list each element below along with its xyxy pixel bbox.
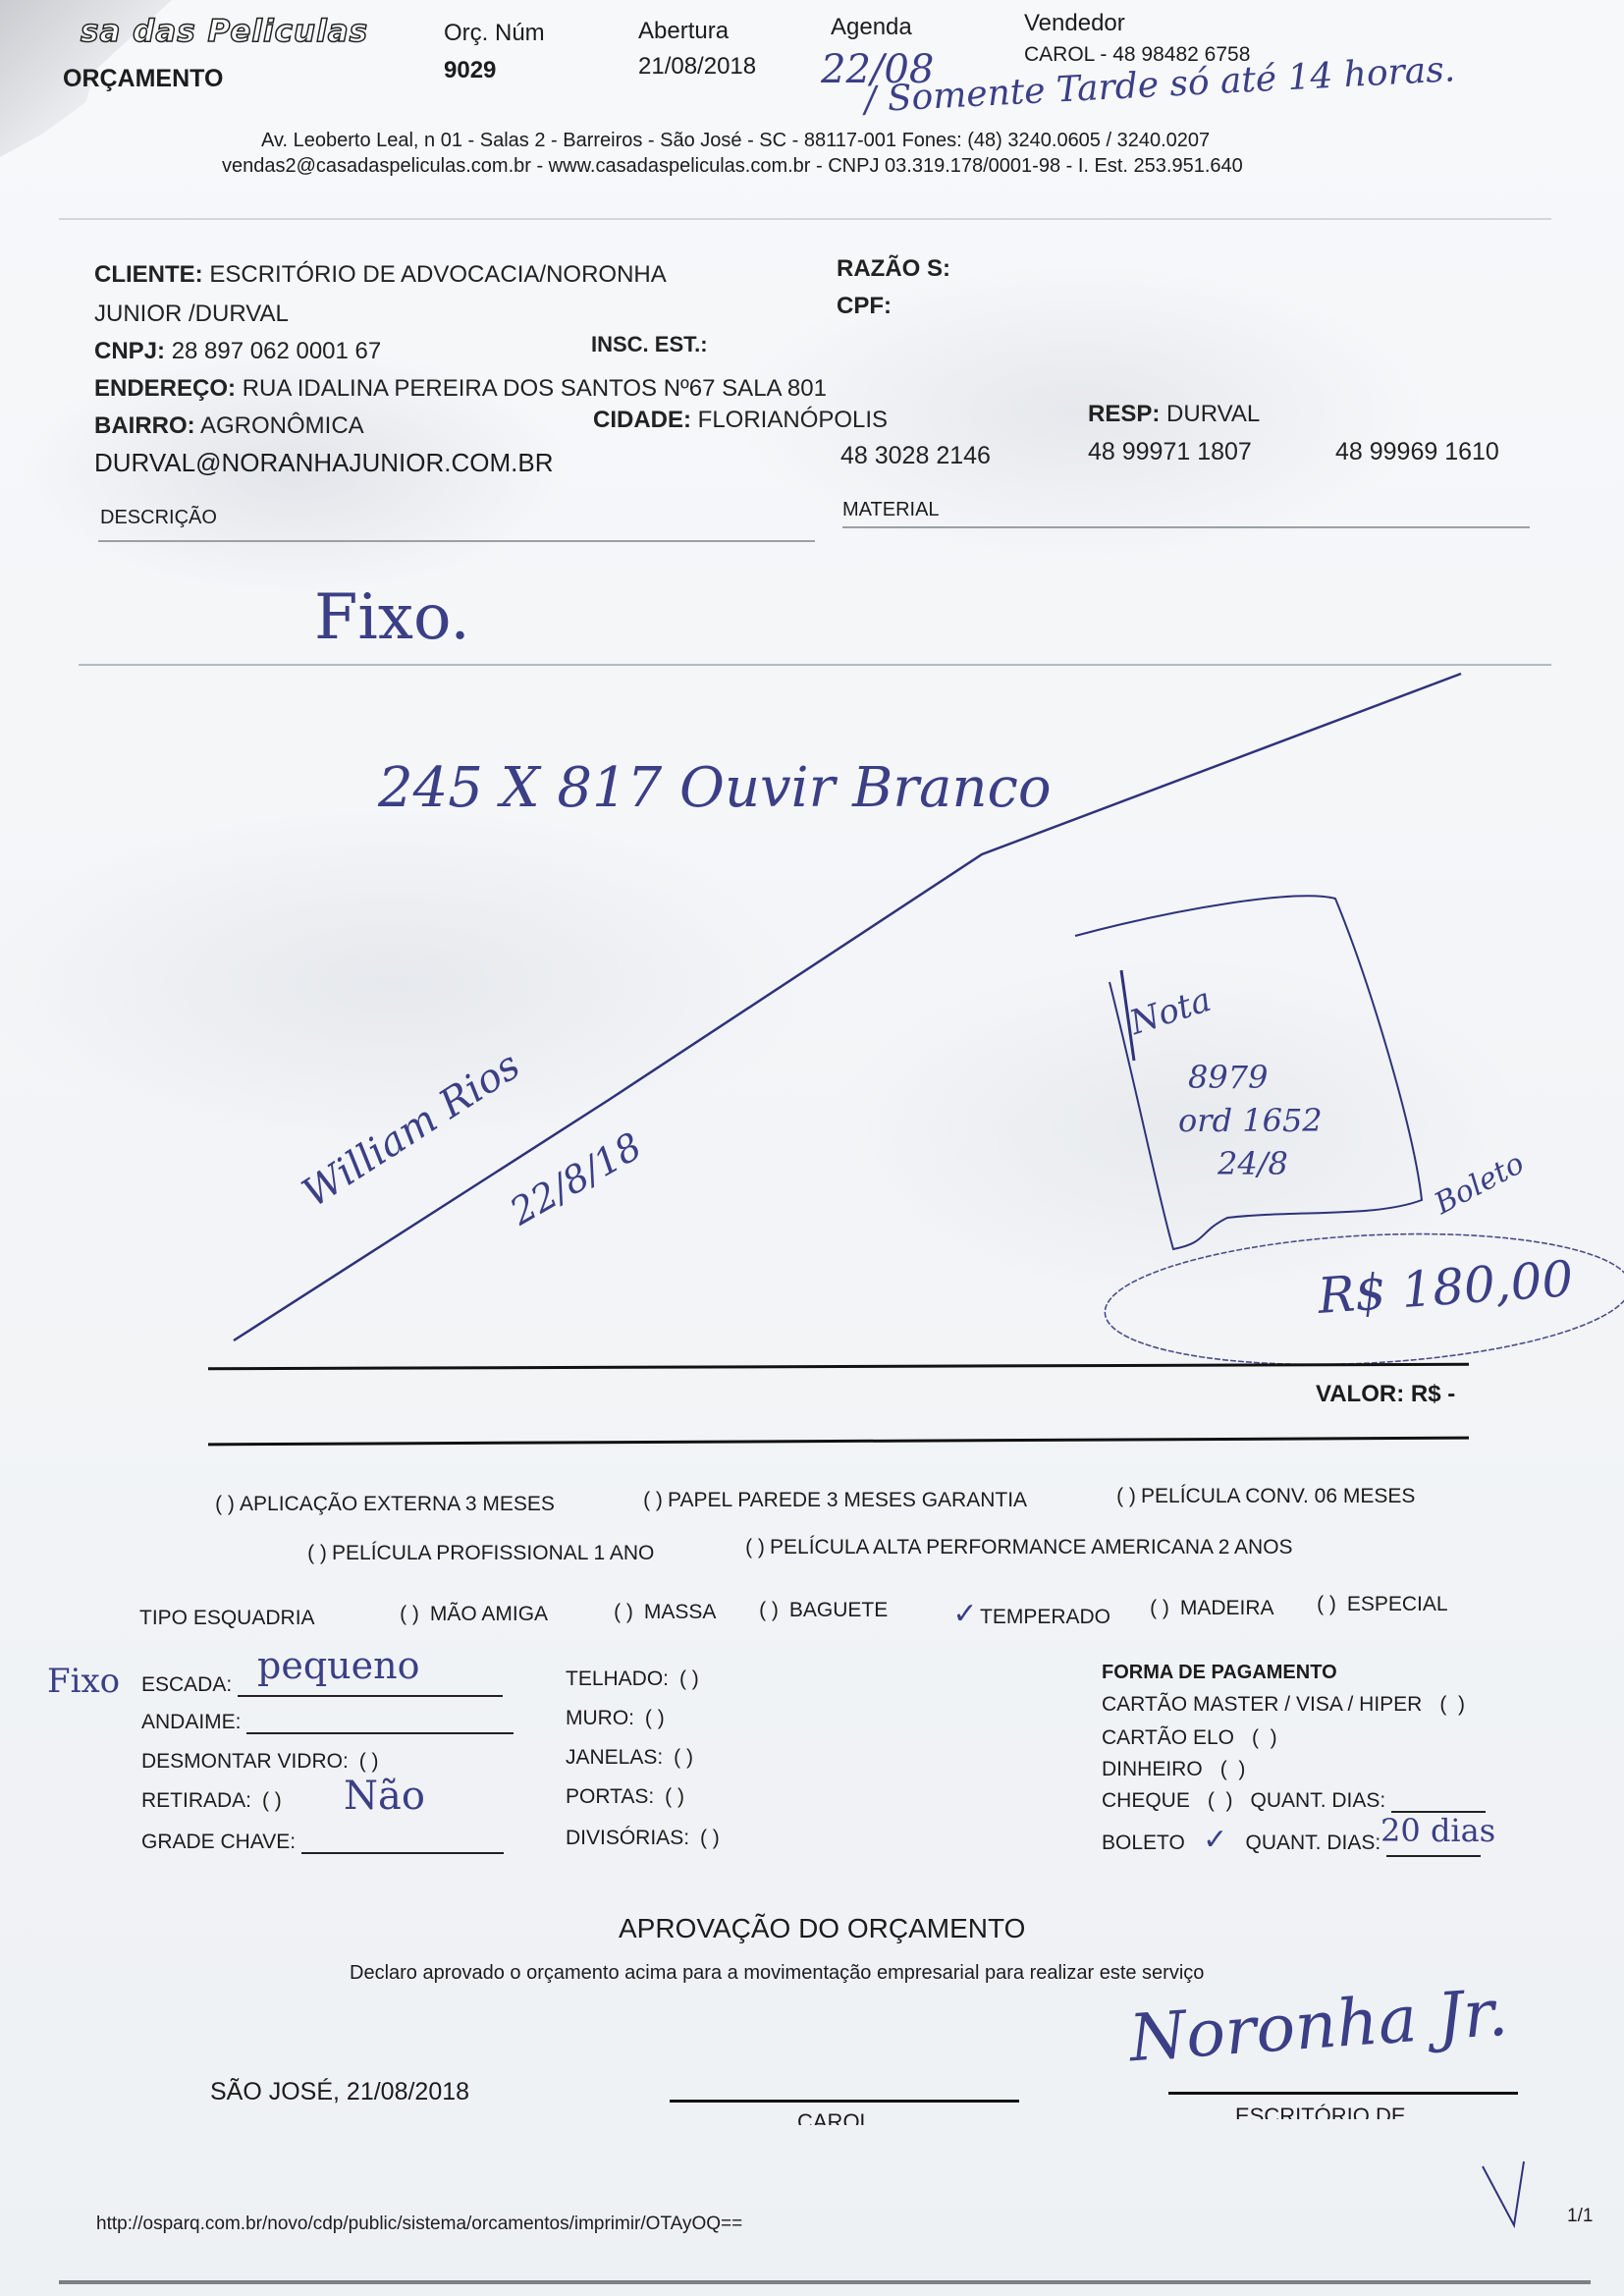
option-especial[interactable]: ( ) ESPECIAL xyxy=(1312,1593,1448,1616)
sig-caption-carol: CAROL xyxy=(797,2109,872,2125)
boxed-note-date: 24/8 xyxy=(1218,1145,1288,1182)
portas-field[interactable]: PORTAS: ( ) xyxy=(566,1785,689,1809)
signature-line-carol xyxy=(670,2100,1019,2103)
payment-cheque[interactable]: CHEQUE ( ) QUANT. DIAS: xyxy=(1102,1789,1486,1813)
janelas-field[interactable]: JANELAS: ( ) xyxy=(566,1746,698,1770)
option-pelicula-conv[interactable]: ( )PELÍCULA CONV. 06 MESES xyxy=(1111,1485,1415,1508)
option-papel-parede[interactable]: ( )PAPEL PAREDE 3 MESES GARANTIA xyxy=(638,1489,1027,1512)
option-pelicula-profissional[interactable]: ( )PELÍCULA PROFISSIONAL 1 ANO xyxy=(302,1542,654,1565)
grade-chave-field[interactable]: GRADE CHAVE: xyxy=(141,1829,504,1854)
muro-field[interactable]: MURO: ( ) xyxy=(566,1707,670,1730)
payment-cartao-elo[interactable]: CARTÃO ELO ( ) xyxy=(1102,1726,1289,1750)
boxed-note-ord: ord 1652 xyxy=(1178,1102,1323,1139)
page-number: 1/1 xyxy=(1567,2206,1593,2227)
retirada-note: Não xyxy=(344,1774,425,1819)
andaime-field[interactable]: ANDAIME: xyxy=(141,1709,514,1734)
payment-dinheiro[interactable]: DINHEIRO ( ) xyxy=(1102,1758,1258,1781)
page-bottom-edge xyxy=(59,2280,1591,2284)
option-pelicula-alta-performance[interactable]: ( )PELÍCULA ALTA PERFORMANCE AMERICANA 2… xyxy=(740,1536,1293,1559)
checkmark-icon xyxy=(1473,2157,1542,2255)
divisorias-field[interactable]: DIVISÓRIAS: ( ) xyxy=(566,1827,725,1850)
boxed-note-number: 8979 xyxy=(1188,1059,1268,1096)
option-aplicacao-externa[interactable]: ( )APLICAÇÃO EXTERNA 3 MESES xyxy=(210,1493,555,1516)
sig-caption-client: ESCRITÓRIO DE xyxy=(1235,2104,1406,2119)
approval-declaration: Declaro aprovado o orçamento acima para … xyxy=(350,1962,1204,1985)
signature-line-client xyxy=(1168,2092,1518,2095)
checkmark-icon: ✓ xyxy=(1191,1823,1240,1857)
place-date: SÃO JOSÉ, 21/08/2018 xyxy=(210,2078,469,2106)
checkmark-icon: ✓ xyxy=(950,1597,980,1631)
option-baguete[interactable]: ( ) BAGUETE xyxy=(754,1599,888,1622)
payment-title: FORMA DE PAGAMENTO xyxy=(1102,1662,1337,1684)
ink-drawings xyxy=(0,0,1624,2296)
desmontar-vidro-field[interactable]: DESMONTAR VIDRO: ( ) xyxy=(141,1750,384,1774)
boleto-dias-value: 20 dias xyxy=(1380,1812,1495,1849)
option-temperado[interactable]: ✓TEMPERADO xyxy=(950,1597,1110,1631)
escada-value: pequeno xyxy=(257,1644,419,1687)
escada-field[interactable]: ESCADA: pequeno xyxy=(141,1669,503,1697)
esquadria-label: TIPO ESQUADRIA xyxy=(139,1607,315,1630)
option-massa[interactable]: ( ) MASSA xyxy=(609,1601,716,1624)
option-mao-amiga[interactable]: ( ) MÃO AMIGA xyxy=(395,1603,548,1626)
retirada-field[interactable]: RETIRADA: ( ) xyxy=(141,1789,287,1813)
footer-url: http://osparq.com.br/novo/cdp/public/sis… xyxy=(96,2214,742,2235)
option-madeira[interactable]: ( ) MADEIRA xyxy=(1145,1597,1274,1620)
telhado-field[interactable]: TELHADO: ( ) xyxy=(566,1667,704,1691)
valor-label: VALOR: R$ - xyxy=(1316,1381,1455,1408)
payment-boleto[interactable]: BOLETO ✓ QUANT. DIAS: 20 dias xyxy=(1102,1823,1481,1857)
margin-note-fixo: Fixo xyxy=(47,1662,120,1701)
approval-title: APROVAÇÃO DO ORÇAMENTO xyxy=(619,1913,1025,1944)
payment-cartao-master[interactable]: CARTÃO MASTER / VISA / HIPER ( ) xyxy=(1102,1693,1477,1717)
